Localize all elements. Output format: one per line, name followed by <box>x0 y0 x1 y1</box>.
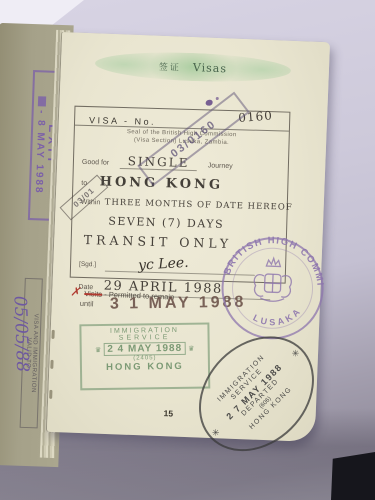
signed-label: [Sgd.] <box>79 261 96 268</box>
ink-blot <box>206 100 213 106</box>
visas-header-english: Visas <box>193 61 228 75</box>
binding-stitch <box>50 360 53 369</box>
condition: TRANSIT ONLY <box>84 232 233 251</box>
arrival-date: 2 4 MAY 1988 <box>103 342 186 356</box>
visa-page: 签证 Visas VISA - No. 0160 Seal of the Bri… <box>47 32 330 442</box>
star-icon: ✳ <box>289 347 302 360</box>
page-number: 15 <box>163 408 173 418</box>
validity-written: THREE MONTHS OF DATE HEREOF <box>105 198 293 213</box>
validity-stamp: VISA AND IMMIGRATION VALID TO 05/05/88 <box>0 276 43 428</box>
duration: SEVEN (7) DAYS <box>108 215 224 231</box>
exit-stamp-block <box>38 96 46 106</box>
crown-icon: ♛ <box>95 346 101 354</box>
photo-passport-visa-page: EXIT - 8 MAY 1988 VISA AND IMMIGRATION V… <box>0 0 375 500</box>
binding-stitch <box>49 390 52 399</box>
visas-header-chinese: 签证 <box>159 59 181 73</box>
star-icon: ✳ <box>210 426 223 439</box>
svg-text:LUSAKA: LUSAKA <box>251 303 304 328</box>
good-for-label: Good for <box>82 159 109 167</box>
until-label: until <box>80 299 94 309</box>
visas-header-ornament: 签证 Visas <box>95 49 292 85</box>
red-check-mark: ✗ <box>70 285 81 299</box>
journey-label: Journey <box>208 162 233 170</box>
coat-of-arms-icon <box>253 258 292 302</box>
visa-title: VISA - No. <box>89 115 156 127</box>
dark-object <box>331 452 375 500</box>
binding-stitch <box>51 330 54 339</box>
arrival-place: HONG KONG <box>82 361 208 374</box>
validity-handwriting: 05/05/88 <box>10 295 33 372</box>
arrival-immigration-stamp: IMMIGRATION SERVICE ♛ 2 4 MAY 1988 ♛ (24… <box>79 323 210 391</box>
crossed-word: Visits <box>84 289 102 299</box>
commission-bottom-text: LUSAKA <box>251 303 304 328</box>
crown-icon: ♛ <box>188 344 194 352</box>
british-high-commission-stamp: BRITISH HIGH COMMISSION LUSAKA <box>217 232 329 344</box>
